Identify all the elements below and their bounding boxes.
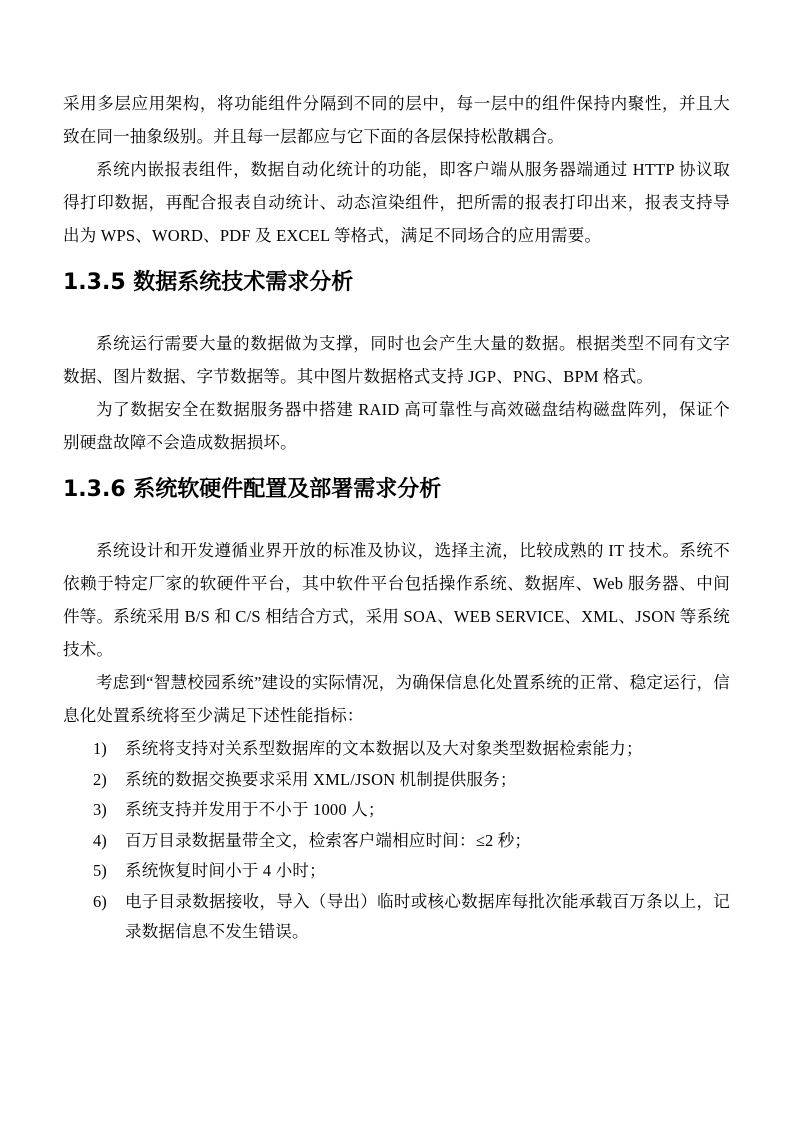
list-item-text: 系统将支持对关系型数据库的文本数据以及大对象类型数据检索能力； bbox=[125, 734, 730, 765]
list-item-text: 百万目录数据量带全文，检索客户端相应时间：≤2 秒； bbox=[125, 826, 730, 857]
list-item-number: 6) bbox=[93, 887, 125, 948]
list-item: 2) 系统的数据交换要求采用 XML/JSON 机制提供服务； bbox=[63, 765, 730, 796]
list-item-text: 系统恢复时间小于 4 小时； bbox=[125, 856, 730, 887]
list-item-text: 系统的数据交换要求采用 XML/JSON 机制提供服务； bbox=[125, 765, 730, 796]
paragraph-standards: 系统设计和开发遵循业界开放的标准及协议，选择主流，比较成熟的 IT 技术。系统不… bbox=[63, 534, 730, 666]
list-item: 5) 系统恢复时间小于 4 小时； bbox=[63, 856, 730, 887]
paragraph-raid-safety: 为了数据安全在数据服务器中搭建 RAID 高可靠性与高效磁盘结构磁盘阵列，保证个… bbox=[63, 393, 730, 459]
paragraph-data-volume: 系统运行需要大量的数据做为支撑，同时也会产生大量的数据。根据类型不同有文字数据、… bbox=[63, 327, 730, 393]
list-item: 3) 系统支持并发用于不小于 1000 人； bbox=[63, 795, 730, 826]
list-item-number: 2) bbox=[93, 765, 125, 796]
paragraph-report-component: 系统内嵌报表组件，数据自动化统计的功能，即客户端从服务器端通过 HTTP 协议取… bbox=[63, 153, 730, 252]
paragraph-architecture-continuation: 采用多层应用架构，将功能组件分隔到不同的层中，每一层中的组件保持内聚性，并且大致… bbox=[63, 87, 730, 153]
list-item: 1) 系统将支持对关系型数据库的文本数据以及大对象类型数据检索能力； bbox=[63, 734, 730, 765]
list-item: 4) 百万目录数据量带全文，检索客户端相应时间：≤2 秒； bbox=[63, 826, 730, 857]
paragraph-performance-intro: 考虑到“智慧校园系统”建设的实际情况，为确保信息化处置系统的正常、稳定运行，信息… bbox=[63, 666, 730, 732]
list-item-number: 4) bbox=[93, 826, 125, 857]
section-heading-1-3-5: 1.3.5 数据系统技术需求分析 bbox=[63, 268, 730, 297]
document-content: 采用多层应用架构，将功能组件分隔到不同的层中，每一层中的组件保持内聚性，并且大致… bbox=[63, 87, 730, 948]
list-item: 6) 电子目录数据接收，导入（导出）临时或核心数据库每批次能承载百万条以上，记录… bbox=[63, 887, 730, 948]
document-page: 采用多层应用架构，将功能组件分隔到不同的层中，每一层中的组件保持内聚性，并且大致… bbox=[0, 0, 794, 1122]
list-item-number: 5) bbox=[93, 856, 125, 887]
list-item-text: 电子目录数据接收，导入（导出）临时或核心数据库每批次能承载百万条以上，记录数据信… bbox=[125, 887, 730, 948]
section-heading-1-3-6: 1.3.6 系统软硬件配置及部署需求分析 bbox=[63, 475, 730, 504]
list-item-number: 3) bbox=[93, 795, 125, 826]
list-item-number: 1) bbox=[93, 734, 125, 765]
performance-indicator-list: 1) 系统将支持对关系型数据库的文本数据以及大对象类型数据检索能力； 2) 系统… bbox=[63, 734, 730, 948]
list-item-text: 系统支持并发用于不小于 1000 人； bbox=[125, 795, 730, 826]
